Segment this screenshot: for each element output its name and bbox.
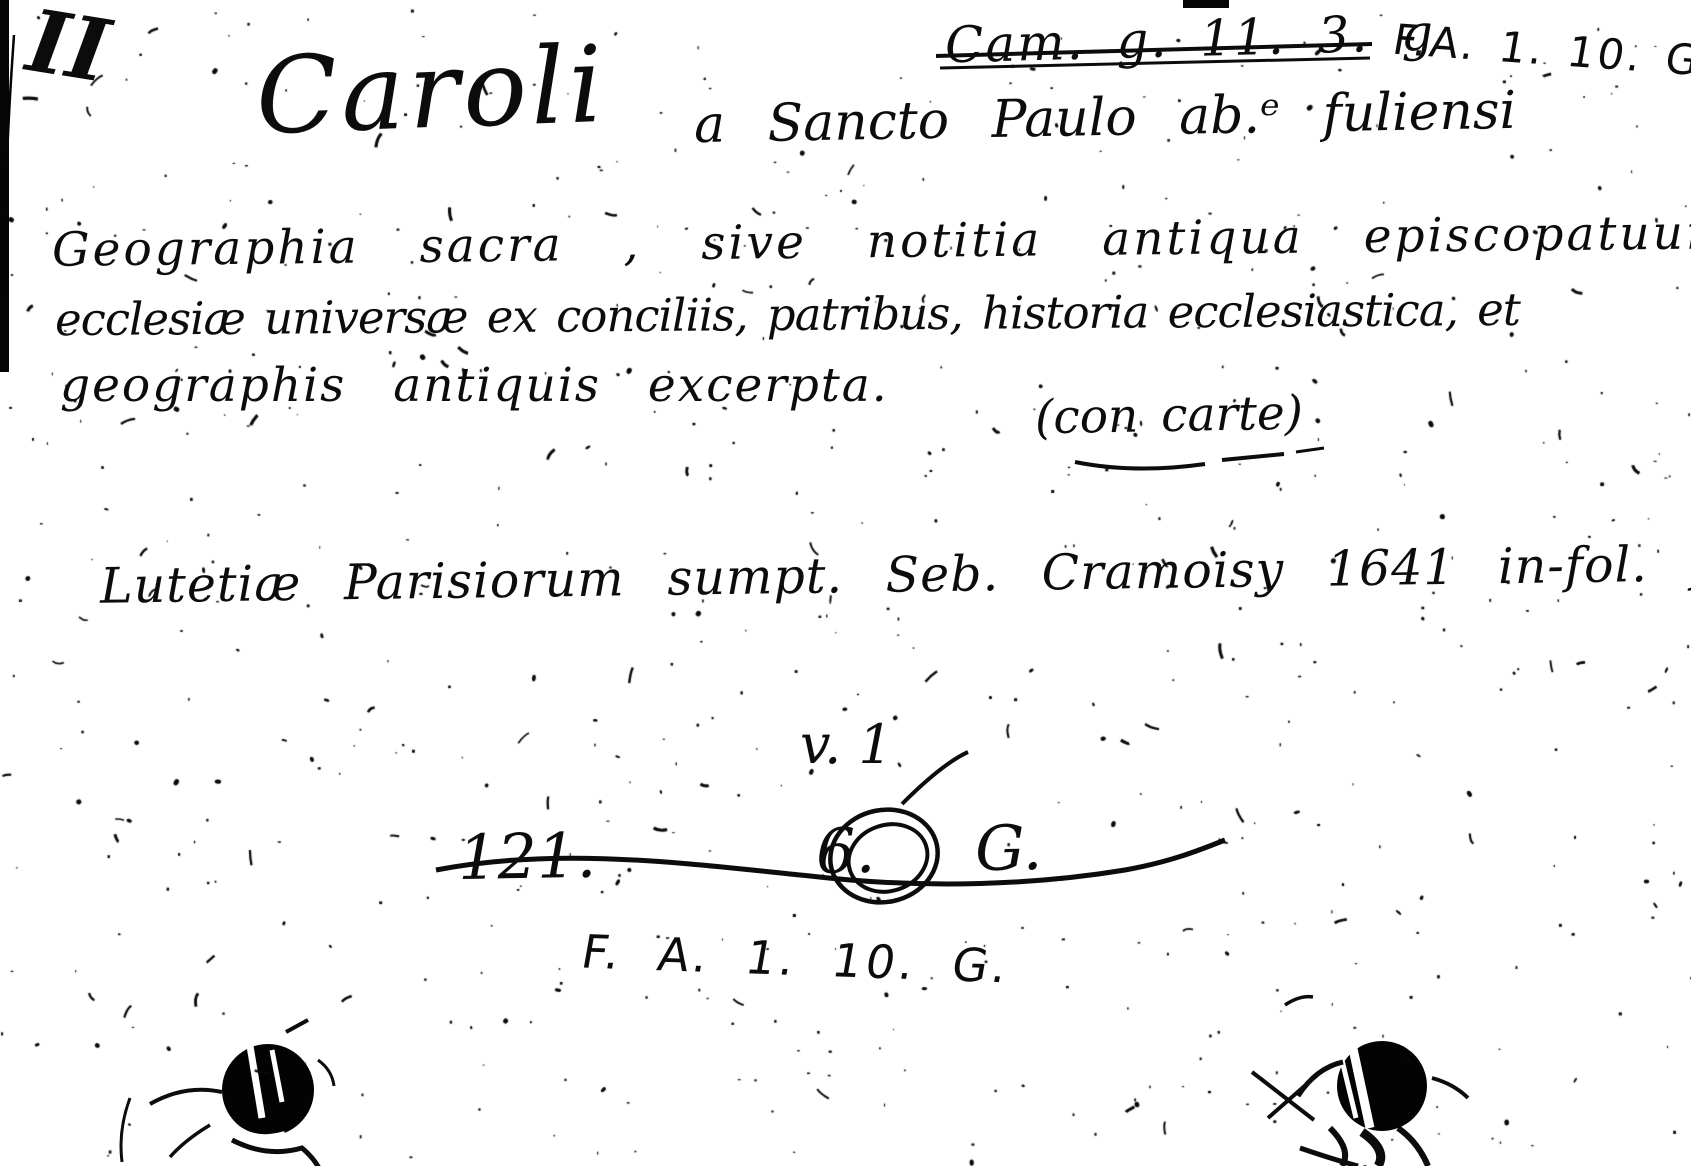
scan-edge-artifact-top xyxy=(1183,0,1229,8)
author-heading-continuation: a Sancto Paulo ab.ᵉ fuliensi xyxy=(694,85,1517,151)
crossed-out-old-shelfmark: Cam. g. 11. 3. g xyxy=(944,8,1435,71)
author-heading: Caroli xyxy=(254,32,608,150)
volume-statement: v. 1 xyxy=(800,718,893,772)
punch-hole-left xyxy=(121,1020,334,1166)
title-line-2: ecclesiæ universæ ex conciliis, patribus… xyxy=(55,287,1520,342)
imprint-line: Lutetiæ Parisiorum sumpt. Seb. Cramoisy … xyxy=(100,538,1691,610)
punch-hole-right xyxy=(1252,997,1468,1166)
crossed-shelfmark-part-2: 6. xyxy=(815,814,875,888)
marginal-numeral: II xyxy=(22,0,115,96)
title-line-1: Geographia sacra , sive notitia antiqua … xyxy=(52,209,1691,274)
catalog-card: II Cam. g. 11. 3. g F.A. 1. 10. G. Carol… xyxy=(0,0,1691,1166)
shelfmark-bottom: F. A. 1. 10. G. xyxy=(578,929,1015,990)
crossed-out-shelfmark: 121.6.G. xyxy=(458,817,1043,889)
title-line-3: geographis antiquis excerpta. xyxy=(60,362,889,409)
shelfmark-top-right: F.A. 1. 10. G. xyxy=(1390,19,1691,83)
scan-edge-artifact-left xyxy=(0,0,14,372)
map-note: (con carte) xyxy=(1035,390,1304,442)
crossed-shelfmark-part-1: 121. xyxy=(457,819,596,894)
crossed-shelfmark-part-3: G. xyxy=(975,811,1043,885)
underline-map-note xyxy=(1075,448,1324,469)
